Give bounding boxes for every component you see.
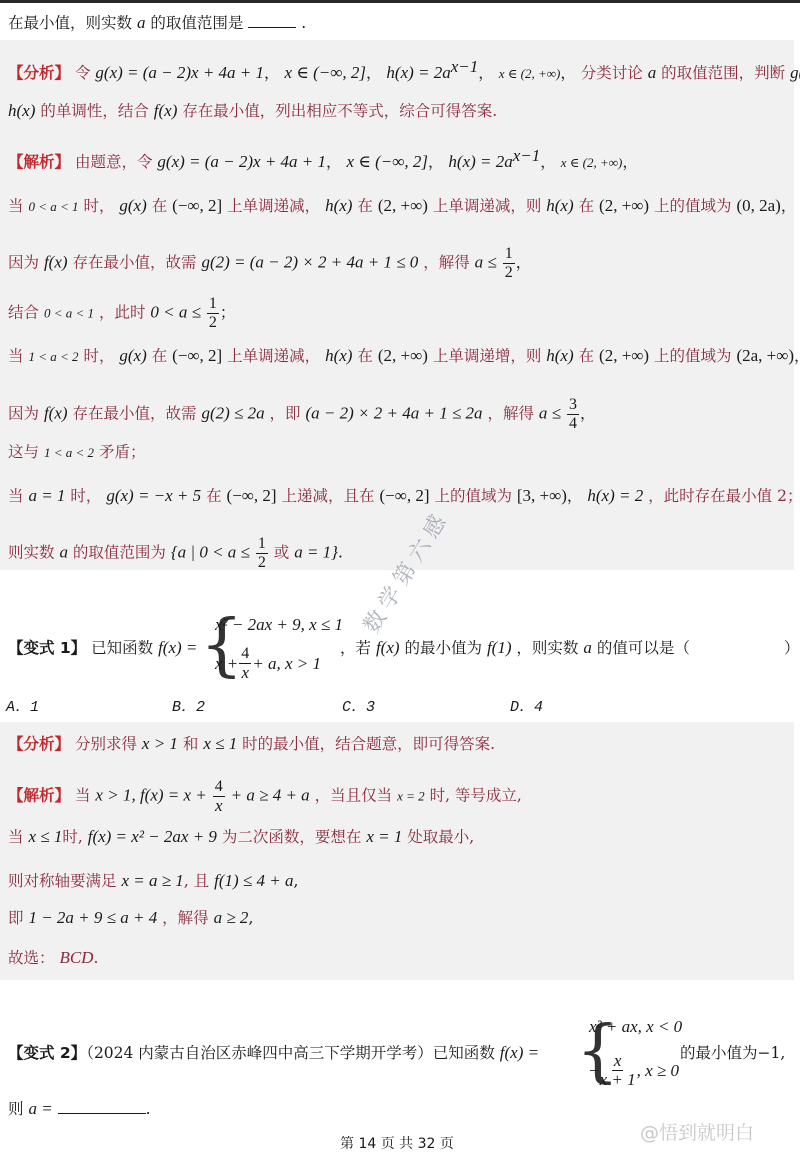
math: f(x) bbox=[376, 638, 400, 657]
math: h(x) bbox=[325, 196, 352, 215]
math: x = 1 bbox=[366, 827, 402, 846]
variant2-question: 【变式 2】（2024 内蒙古自治区赤峰四中高三下学期开学考）已知函数 f(x)… bbox=[8, 1042, 539, 1064]
math: x = 2 bbox=[397, 789, 425, 804]
math: − bbox=[589, 1061, 599, 1081]
math: x = a ≥ 1 bbox=[121, 871, 183, 890]
math: g(2) = (a − 2) × 2 + 4a + 1 ≤ 0 bbox=[201, 253, 418, 272]
text: 因为 bbox=[8, 405, 39, 423]
piece-2: x + 4x + a, x > 1 bbox=[215, 645, 321, 682]
text: 上单调递减，则 bbox=[433, 197, 542, 215]
text: ； bbox=[220, 304, 236, 322]
text: 在 bbox=[152, 197, 168, 215]
text: 的单调性，结合 bbox=[40, 102, 149, 120]
text: 的取值范围是 bbox=[150, 14, 243, 32]
math: h(x) bbox=[546, 346, 573, 365]
math: g(x) = (a − 2)x + 4a + 1 bbox=[157, 152, 326, 171]
math: g(2) ≤ 2a bbox=[201, 404, 264, 423]
denominator: x + 1 bbox=[600, 1071, 636, 1089]
answer-blank[interactable] bbox=[58, 1113, 146, 1114]
text: 矛盾； bbox=[99, 443, 146, 461]
math: f(x) bbox=[154, 101, 178, 120]
text: 上的值域为 bbox=[654, 197, 732, 215]
text: 存在最小值，故需 bbox=[72, 254, 196, 272]
case1b-line: 因为 f(x) 存在最小值，故需 g(2) = (a − 2) × 2 + 4a… bbox=[8, 245, 531, 282]
text: 当 bbox=[8, 347, 24, 365]
math: x ∈ (2, +∞) bbox=[499, 66, 561, 81]
math: x ∈ (−∞, 2] bbox=[284, 63, 366, 82]
variant2-question-cont: 的最小值为−1, bbox=[680, 1042, 785, 1064]
solution-line-1: 【解析】 由题意，令 g(x) = (a − 2)x + 4a + 1， x ∈… bbox=[8, 145, 638, 174]
solution2-line-2: 当 x ≤ 1时, f(x) = x² − 2ax + 9 为二次函数，要想在 … bbox=[8, 826, 474, 848]
math: h(x) = 2a bbox=[386, 63, 450, 82]
math: 1 − 2a + 9 ≤ a + 4 bbox=[28, 908, 157, 927]
denominator: x bbox=[215, 797, 223, 815]
text: , bbox=[248, 909, 253, 927]
text: 处取最小, bbox=[407, 828, 474, 846]
text: 在 bbox=[357, 197, 373, 215]
math: , x ≥ 0 bbox=[637, 1061, 679, 1081]
text: . bbox=[93, 949, 98, 967]
text: 上的值域为 bbox=[654, 347, 732, 365]
math: a ≤ bbox=[475, 253, 497, 272]
math: f(x) bbox=[44, 253, 68, 272]
text: ， bbox=[516, 254, 532, 272]
conclusion-line: 则实数 a 的取值范围为 {a | 0 < a ≤ 12 或 a = 1}. bbox=[8, 535, 343, 572]
text: . bbox=[146, 1100, 151, 1118]
text: 上单调递减， bbox=[227, 197, 320, 215]
math: 0 < a < 1 bbox=[44, 306, 94, 321]
text: 在 bbox=[579, 197, 595, 215]
math: (−∞, 2] bbox=[227, 486, 277, 505]
case3-line: 当 a = 1 时， g(x) = −x + 5 在 (−∞, 2] 上递减，且… bbox=[8, 485, 800, 507]
math: x > 1 bbox=[95, 786, 131, 805]
text: 时， bbox=[83, 197, 114, 215]
numerator: 4 bbox=[213, 778, 225, 797]
math: (2, +∞) bbox=[599, 196, 649, 215]
math: h(x) bbox=[546, 196, 573, 215]
solution2-line-1: 【解析】 当 x > 1, f(x) = x + 4x + a ≥ 4 + a … bbox=[8, 778, 522, 815]
math: [3, +∞) bbox=[517, 486, 567, 505]
math: x ≤ 1 bbox=[203, 734, 237, 753]
text: 的取值范围为 bbox=[73, 544, 166, 562]
answer: BCD bbox=[59, 948, 93, 967]
variant1-question-cont: ，若 f(x) 的最小值为 f(1) ，则实数 a 的值可以是（ bbox=[340, 637, 690, 659]
text: 时的最小值，结合题意，即可得答案. bbox=[242, 735, 495, 753]
text: （2024 内蒙古自治区赤峰四中高三下学期开学考）已知函数 bbox=[86, 1044, 495, 1062]
math: a = 1} bbox=[294, 543, 338, 562]
text: 上单调递减， bbox=[227, 347, 320, 365]
text: 分别求得 bbox=[75, 735, 137, 753]
case2b-line: 因为 f(x) 存在最小值，故需 g(2) ≤ 2a ，即 (a − 2) × … bbox=[8, 396, 595, 433]
text: 已知函数 bbox=[91, 639, 153, 657]
math: (2, +∞) bbox=[378, 196, 428, 215]
analysis2-line: 【分析】 分别求得 x > 1 和 x ≤ 1 时的最小值，结合题意，即可得答案… bbox=[8, 733, 495, 755]
math: 0 < a ≤ bbox=[150, 303, 201, 322]
text: 当 bbox=[8, 197, 24, 215]
text: ，此时 bbox=[99, 304, 146, 322]
text: 在 bbox=[357, 347, 373, 365]
math: (0, 2a) bbox=[736, 196, 780, 215]
analysis-line-2: h(x) 的单调性，结合 f(x) 存在最小值，列出相应不等式，综合可得答案. bbox=[8, 100, 497, 122]
math: g(x) bbox=[119, 196, 146, 215]
text: . bbox=[338, 544, 343, 562]
text: 和 bbox=[183, 735, 199, 753]
page-number: 第 14 页 共 32 页 bbox=[340, 1133, 454, 1153]
text: 当 bbox=[8, 487, 24, 505]
math: 0 < a < 1 bbox=[28, 199, 78, 214]
variant-tag: 【变式 2】 bbox=[8, 1044, 86, 1062]
case1-line: 当 0 < a < 1 时， g(x) 在 (−∞, 2] 上单调递减， h(x… bbox=[8, 195, 796, 218]
case2c-line: 这与 1 < a < 2 矛盾； bbox=[8, 441, 145, 464]
text: ， bbox=[794, 347, 800, 365]
text: 由题意，令 bbox=[75, 153, 153, 171]
close-paren: ） bbox=[784, 637, 800, 659]
text: 上的值域为 bbox=[434, 487, 512, 505]
piece-1: x² + ax, x < 0 bbox=[589, 1017, 682, 1037]
text: 的取值范围，判断 bbox=[661, 64, 785, 82]
text: ，解得 bbox=[487, 405, 534, 423]
math: f(x) = bbox=[158, 638, 197, 657]
solution2-line-3: 则对称轴要满足 x = a ≥ 1, 且 f(1) ≤ 4 + a, bbox=[8, 870, 298, 892]
math: + a ≥ 4 + a bbox=[231, 786, 310, 805]
text: 当 bbox=[75, 787, 91, 805]
math: f(x) bbox=[44, 404, 68, 423]
math: a = 1 bbox=[28, 486, 65, 505]
math: (−∞, 2] bbox=[172, 196, 222, 215]
text: , bbox=[293, 872, 298, 890]
math: x−1 bbox=[513, 146, 541, 165]
math: f(x) = bbox=[500, 1043, 539, 1062]
text: 在 bbox=[579, 347, 595, 365]
math: a = bbox=[28, 1099, 52, 1118]
math: (−∞, 2] bbox=[172, 346, 222, 365]
math: x ∈ (2, +∞) bbox=[561, 155, 623, 170]
math: (2a, +∞) bbox=[736, 346, 794, 365]
math: a bbox=[648, 63, 657, 82]
piece-1: x² − 2ax + 9, x ≤ 1 bbox=[215, 615, 343, 635]
text: ，若 bbox=[340, 639, 371, 657]
numerator: x bbox=[612, 1052, 624, 1071]
math: x ∈ (−∞, 2] bbox=[346, 152, 428, 171]
text: 在最小值，则实数 bbox=[8, 14, 132, 32]
var: a bbox=[137, 13, 146, 32]
prev-question-tail: 在最小值，则实数 a 的取值范围是 . bbox=[8, 12, 306, 34]
math: , f(x) = x + bbox=[131, 786, 206, 805]
text: 时， bbox=[83, 347, 114, 365]
denominator: 2 bbox=[505, 264, 513, 282]
fraction: 34 bbox=[567, 396, 579, 433]
math: (2, +∞) bbox=[378, 346, 428, 365]
math: (2, +∞) bbox=[599, 346, 649, 365]
text: ，此时存在最小值 2； bbox=[648, 487, 800, 505]
text: 则实数 bbox=[8, 544, 55, 562]
case1c-line: 结合 0 < a < 1 ，此时 0 < a ≤ 12； bbox=[8, 295, 235, 332]
solution2-line-4: 即 1 − 2a + 9 ≤ a + 4 ，解得 a ≥ 2, bbox=[8, 907, 253, 929]
text: 存在最小值，列出相应不等式，综合可得答案. bbox=[182, 102, 497, 120]
math: 1 < a < 2 bbox=[44, 445, 94, 460]
math: x + bbox=[215, 654, 238, 674]
math: + a, x > 1 bbox=[252, 654, 321, 674]
text: , 且 bbox=[184, 872, 209, 890]
denominator: 4 bbox=[569, 415, 577, 433]
math: g(x) = (a − 2)x + 4a + 1 bbox=[95, 63, 264, 82]
option-d[interactable]: D．4 bbox=[510, 695, 543, 716]
text: . bbox=[301, 14, 306, 32]
denominator: 2 bbox=[209, 314, 217, 332]
solution-tag: 【解析】 bbox=[8, 153, 70, 171]
math: h(x) = 2a bbox=[448, 152, 512, 171]
math: a ≥ 2 bbox=[214, 908, 249, 927]
fraction: 4x bbox=[239, 645, 251, 682]
numerator: 1 bbox=[256, 535, 268, 554]
text: ， bbox=[781, 197, 797, 215]
denominator: 2 bbox=[258, 554, 266, 572]
text: 当 bbox=[8, 828, 24, 846]
case2-line: 当 1 < a < 2 时， g(x) 在 (−∞, 2] 上单调递减， h(x… bbox=[8, 345, 800, 368]
option-c[interactable]: C．3 bbox=[342, 695, 375, 716]
text: ，即 bbox=[270, 405, 301, 423]
text: 令 bbox=[75, 64, 91, 82]
math: (a − 2) × 2 + 4a + 1 ≤ 2a bbox=[305, 404, 482, 423]
variant2-answer-line: 则 a = . bbox=[8, 1098, 151, 1120]
numerator: 4 bbox=[239, 645, 251, 664]
math: h(x) bbox=[8, 101, 35, 120]
denominator: x bbox=[242, 664, 250, 682]
solution2-line-5: 故选： BCD. bbox=[8, 947, 98, 969]
math: a ≤ bbox=[539, 404, 561, 423]
numerator: 3 bbox=[567, 396, 579, 415]
top-rule bbox=[0, 0, 800, 3]
fraction: xx + 1 bbox=[600, 1052, 636, 1089]
text: ， bbox=[567, 487, 583, 505]
fraction: 4x bbox=[213, 778, 225, 815]
math: f(1) ≤ 4 + a bbox=[214, 871, 293, 890]
fraction: 12 bbox=[503, 245, 515, 282]
math: a bbox=[59, 543, 68, 562]
text: 时， bbox=[70, 487, 101, 505]
math: 1 < a < 2 bbox=[28, 349, 78, 364]
text: ， bbox=[580, 405, 596, 423]
math: h(x) bbox=[325, 346, 352, 365]
text: 即 bbox=[8, 909, 24, 927]
text: 时, 等号成立, bbox=[430, 787, 522, 805]
text: 存在最小值，故需 bbox=[72, 405, 196, 423]
text: 上单调递增，则 bbox=[433, 347, 542, 365]
text: ，解得 bbox=[162, 909, 209, 927]
math: a bbox=[583, 638, 592, 657]
text: 分类讨论 bbox=[581, 64, 643, 82]
text: ，则实数 bbox=[516, 639, 578, 657]
variant-tag: 【变式 1】 bbox=[8, 639, 86, 657]
math: f(1) bbox=[487, 638, 512, 657]
text: 在 bbox=[206, 487, 222, 505]
analysis-tag: 【分析】 bbox=[8, 735, 70, 753]
math: h(x) = 2 bbox=[587, 486, 643, 505]
text: ，解得 bbox=[423, 254, 470, 272]
answer-blank bbox=[248, 27, 296, 28]
text: 的最小值为 bbox=[404, 639, 482, 657]
text: 为二次函数，要想在 bbox=[222, 828, 362, 846]
text: 则对称轴要满足 bbox=[8, 872, 117, 890]
numerator: 1 bbox=[503, 245, 515, 264]
text: 故选： bbox=[8, 949, 55, 967]
text: 在 bbox=[152, 347, 168, 365]
variant1-question: 【变式 1】 已知函数 f(x) = bbox=[8, 637, 197, 659]
math: x > 1 bbox=[142, 734, 178, 753]
math: {a | 0 < a ≤ bbox=[171, 543, 250, 562]
text: 或 bbox=[274, 544, 290, 562]
math: x−1 bbox=[451, 57, 479, 76]
math: f(x) = x² − 2ax + 9 bbox=[88, 827, 217, 846]
math: g(x) bbox=[119, 346, 146, 365]
math: g(x) bbox=[790, 63, 800, 82]
text: ，当且仅当 bbox=[315, 787, 393, 805]
fraction: 12 bbox=[207, 295, 219, 332]
math: x ≤ 1 bbox=[28, 827, 62, 846]
analysis-line-1: 【分析】 令 g(x) = (a − 2)x + 4a + 1， x ∈ (−∞… bbox=[8, 56, 800, 85]
option-b[interactable]: B．2 bbox=[172, 695, 205, 716]
analysis-tag: 【分析】 bbox=[8, 64, 70, 82]
option-a[interactable]: A．1 bbox=[6, 695, 39, 716]
numerator: 1 bbox=[207, 295, 219, 314]
text: 这与 bbox=[8, 443, 39, 461]
math: g(x) = −x + 5 bbox=[106, 486, 201, 505]
text: 结合 bbox=[8, 304, 39, 322]
fraction: 12 bbox=[256, 535, 268, 572]
math: (−∞, 2] bbox=[379, 486, 429, 505]
piece-2: − xx + 1 , x ≥ 0 bbox=[589, 1052, 679, 1089]
text: 则 bbox=[8, 1100, 24, 1118]
text: 时, bbox=[62, 828, 82, 846]
credit-watermark: @悟到就明白 bbox=[640, 1118, 754, 1145]
text: 因为 bbox=[8, 254, 39, 272]
solution-tag: 【解析】 bbox=[8, 787, 70, 805]
text: 的值可以是（ bbox=[597, 639, 690, 657]
text: 上递减，且在 bbox=[282, 487, 375, 505]
solution-panel-2 bbox=[0, 722, 794, 980]
